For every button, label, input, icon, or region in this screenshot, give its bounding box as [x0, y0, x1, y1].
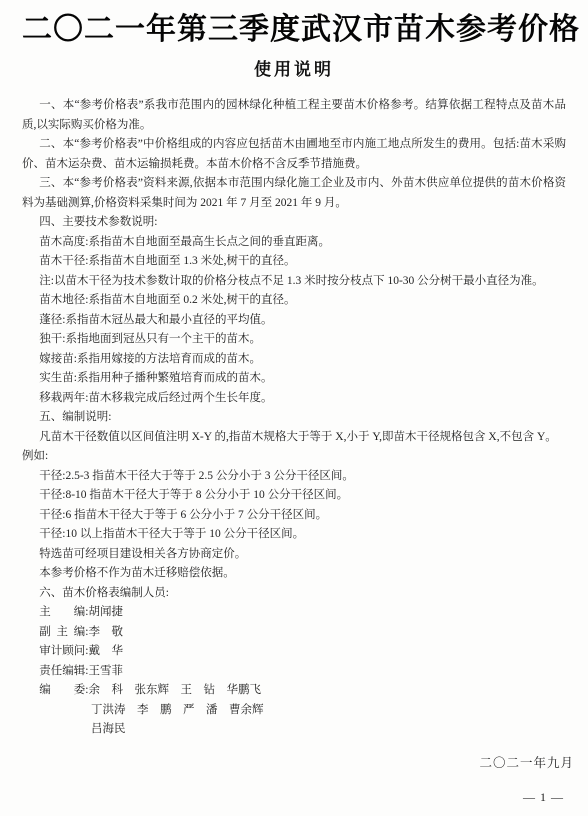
paragraph: 干径:6 指苗木干径大于等于 6 公分小于 7 公分干径区间。 — [22, 506, 566, 526]
document-body: 一、本“参考价格表”系我市范围内的园林绿化种植工程主要苗木价格参考。结算依据工程… — [22, 96, 566, 740]
paragraph: 一、本“参考价格表”系我市范围内的园林绿化种植工程主要苗木价格参考。结算依据工程… — [22, 96, 566, 135]
paragraph: 凡苗木干径数值以区间值注明 X-Y 的,指苗木规格大于等于 X,小于 Y,即苗木… — [22, 428, 566, 448]
document-page: 二〇二一年第三季度武汉市苗木参考价格 使用说明 一、本“参考价格表”系我市范围内… — [0, 0, 588, 816]
paragraph: 六、苗木价格表编制人员: — [22, 584, 566, 604]
paragraph: 嫁接苗:系指用嫁接的方法培育而成的苗木。 — [22, 350, 566, 370]
paragraph: 本参考价格不作为苗木迁移赔偿依据。 — [22, 564, 566, 584]
paragraph: 五、编制说明: — [22, 408, 566, 428]
paragraph: 三、本“参考价格表”资料来源,依据本市范围内绿化施工企业及市内、外苗木供应单位提… — [22, 174, 566, 213]
paragraph: 蓬径:系指苗木冠丛最大和最小直径的平均值。 — [22, 311, 566, 331]
paragraph: 苗木干径:系指苗木自地面至 1.3 米处,树干的直径。 — [22, 252, 566, 272]
paragraph: 审计顾问:戴 华 — [22, 642, 566, 662]
paragraph: 苗木地径:系指苗木自地面至 0.2 米处,树干的直径。 — [22, 291, 566, 311]
paragraph: 特选苗可经项目建设相关各方协商定价。 — [22, 545, 566, 565]
paragraph: 责任编辑:王雪菲 — [22, 662, 566, 682]
paragraph: 编 委:余 科 张东辉 王 钻 华鹏飞 — [22, 681, 566, 701]
paragraph: 独干:系指地面到冠丛只有一个主干的苗木。 — [22, 330, 566, 350]
document-date: 二〇二一年九月 — [479, 753, 574, 771]
paragraph: 丁洪涛 李 鹏 严 潘 曹余辉 — [22, 701, 566, 721]
paragraph: 四、主要技术参数说明: — [22, 213, 566, 233]
paragraph: 苗木高度:系指苗木自地面至最高生长点之间的垂直距离。 — [22, 233, 566, 253]
paragraph: 实生苗:系指用种子播种繁殖培育而成的苗木。 — [22, 369, 566, 389]
paragraph: 吕海民 — [22, 720, 566, 740]
paragraph: 干径:2.5-3 指苗木干径大于等于 2.5 公分小于 3 公分干径区间。 — [22, 467, 566, 487]
paragraph: 二、本“参考价格表”中价格组成的内容应包括苗木由圃地至市内施工地点所发生的费用。… — [22, 135, 566, 174]
paragraph: 干径:10 以上指苗木干径大于等于 10 公分干径区间。 — [22, 525, 566, 545]
paragraph: 副 主 编:李 敬 — [22, 623, 566, 643]
paragraph: 干径:8-10 指苗木干径大于等于 8 公分小于 10 公分干径区间。 — [22, 486, 566, 506]
paragraph: 主 编:胡闻捷 — [22, 603, 566, 623]
paragraph: 注:以苗木干径为技术参数计取的价格分枝点不足 1.3 米时按分枝点下 10-30… — [22, 272, 566, 292]
page-number: — 1 — — [523, 790, 564, 805]
document-title: 二〇二一年第三季度武汉市苗木参考价格 — [22, 13, 566, 47]
paragraph: 例如: — [22, 447, 566, 467]
paragraph: 移栽两年:苗木移栽完成后经过两个生长年度。 — [22, 389, 566, 409]
section-heading: 使用说明 — [22, 60, 566, 80]
